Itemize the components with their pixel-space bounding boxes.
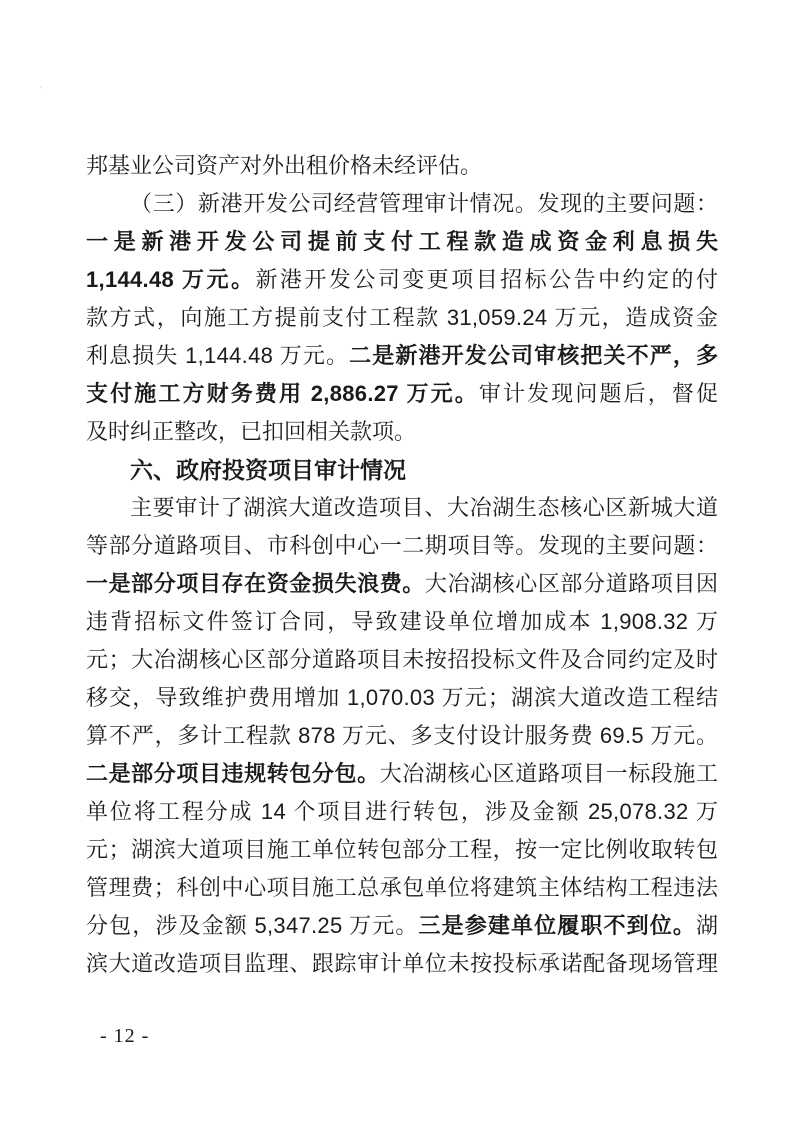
text-segment: 支付施工方财务费用 <box>86 381 311 406</box>
document-line: 支付施工方财务费用 2,886.27 万元。审计发现问题后，督促 <box>86 375 718 413</box>
amount-value: 25,078.32 <box>588 799 689 824</box>
text-segment: 元；大冶湖核心区部分道路项目未按招投标文件及合同约定及时 <box>86 647 718 672</box>
amount-value: 1,144.48 <box>86 267 174 292</box>
document-line: 及时纠正整改，已扣回相关款项。 <box>86 413 718 451</box>
text-segment: 大冶湖核心区道路项目一标段施工 <box>380 761 718 786</box>
text-segment: 万元。 <box>343 913 419 938</box>
document-line: 元；湖滨大道项目施工单位转包部分工程，按一定比例收取转包 <box>86 831 718 869</box>
scan-artifact: ' <box>40 84 42 96</box>
amount-value: 2,886.27 <box>311 381 399 406</box>
text-segment: 邦基业公司资产对外出租价格未经评估。 <box>86 153 482 178</box>
text-segment: 万元。 <box>399 381 479 406</box>
document-line: 主要审计了湖滨大道改造项目、大冶湖生态核心区新城大道 <box>86 489 718 527</box>
document-line: 分包，涉及金额 5,347.25 万元。三是参建单位履职不到位。湖 <box>86 907 718 945</box>
document-line: 六、政府投资项目审计情况 <box>86 451 718 489</box>
text-segment: 万元；湖滨大道改造工程结 <box>435 685 718 710</box>
text-segment: 审计发现问题后，督促 <box>479 381 718 406</box>
text-segment: （三）新港开发公司经营管理审计情况。发现的主要问题： <box>130 191 718 216</box>
text-segment: 万元、多支付设计服务费 <box>336 723 600 748</box>
document-line: 滨大道改造项目监理、跟踪审计单位未按投标承诺配备现场管理 <box>86 945 718 983</box>
text-segment: 三是参建单位履职不到位。 <box>419 913 696 938</box>
text-segment: 一是部分项目存在资金损失浪费。 <box>86 571 425 596</box>
text-segment: 大冶湖核心区部分道路项目因 <box>425 571 718 596</box>
document-line: 一是新港开发公司提前支付工程款造成资金利息损失 <box>86 223 718 261</box>
text-segment: 二是部分项目违规转包分包。 <box>86 761 380 786</box>
document-line: 移交，导致维护费用增加 1,070.03 万元；湖滨大道改造工程结 <box>86 679 718 717</box>
text-segment: 算不严，多计工程款 <box>86 723 298 748</box>
section-heading: 六、政府投资项目审计情况 <box>130 457 406 483</box>
document-line: 等部分道路项目、市科创中心一二期项目等。发现的主要问题： <box>86 527 718 565</box>
amount-value: 1,070.03 <box>347 685 435 710</box>
document-line: 1,144.48 万元。新港开发公司变更项目招标公告中约定的付 <box>86 261 718 299</box>
document-line: 一是部分项目存在资金损失浪费。大冶湖核心区部分道路项目因 <box>86 565 718 603</box>
text-segment: 单位将工程分成 <box>86 799 261 824</box>
text-segment: 主要审计了湖滨大道改造项目、大冶湖生态核心区新城大道 <box>130 495 718 520</box>
amount-value: 878 <box>298 723 336 748</box>
text-segment: 及时纠正整改，已扣回相关款项。 <box>86 419 416 444</box>
document-line: 二是部分项目违规转包分包。大冶湖核心区道路项目一标段施工 <box>86 755 718 793</box>
text-segment: 等部分道路项目、市科创中心一二期项目等。发现的主要问题： <box>86 533 718 558</box>
document-line: 款方式，向施工方提前支付工程款 31,059.24 万元，造成资金 <box>86 299 718 337</box>
amount-value: 14 <box>261 799 286 824</box>
document-body: 邦基业公司资产对外出租价格未经评估。（三）新港开发公司经营管理审计情况。发现的主… <box>86 147 718 983</box>
text-segment: 湖 <box>696 913 718 938</box>
document-line: 利息损失 1,144.48 万元。二是新港开发公司审核把关不严，多 <box>86 337 718 375</box>
text-segment: 万元，造成资金 <box>547 305 718 330</box>
amount-value: 69.5 <box>600 723 644 748</box>
text-segment: 二是新港开发公司审核把关不严，多 <box>349 343 718 368</box>
text-segment: 新港开发公司变更项目招标公告中约定的付 <box>255 267 718 292</box>
document-line: 单位将工程分成 14 个项目进行转包，涉及金额 25,078.32 万 <box>86 793 718 831</box>
text-segment: 万 <box>688 609 718 634</box>
page-number: - 12 - <box>100 1022 149 1050</box>
amount-value: 1,908.32 <box>600 609 688 634</box>
text-segment: 利息损失 <box>86 343 185 368</box>
text-segment: 移交，导致维护费用增加 <box>86 685 347 710</box>
amount-value: 1,144.48 <box>185 343 273 368</box>
text-segment: 违背招标文件签订合同，导致建设单位增加成本 <box>86 609 600 634</box>
text-segment: 滨大道改造项目监理、跟踪审计单位未按投标承诺配备现场管理 <box>86 951 718 976</box>
document-page: ' 邦基业公司资产对外出租价格未经评估。（三）新港开发公司经营管理审计情况。发现… <box>0 0 800 1132</box>
document-line: （三）新港开发公司经营管理审计情况。发现的主要问题： <box>86 185 718 223</box>
text-segment: 个项目进行转包，涉及金额 <box>286 799 588 824</box>
text-segment: 管理费；科创中心项目施工总承包单位将建筑主体结构工程违法 <box>86 875 718 900</box>
document-line: 违背招标文件签订合同，导致建设单位增加成本 1,908.32 万 <box>86 603 718 641</box>
document-line: 算不严，多计工程款 878 万元、多支付设计服务费 69.5 万元。 <box>86 717 718 755</box>
amount-value: 31,059.24 <box>447 305 548 330</box>
document-line: 邦基业公司资产对外出租价格未经评估。 <box>86 147 718 185</box>
document-line: 元；大冶湖核心区部分道路项目未按招投标文件及合同约定及时 <box>86 641 718 679</box>
text-segment: 分包，涉及金额 <box>86 913 254 938</box>
document-line: 管理费；科创中心项目施工总承包单位将建筑主体结构工程违法 <box>86 869 718 907</box>
amount-value: 5,347.25 <box>254 913 342 938</box>
text-segment: 款方式，向施工方提前支付工程款 <box>86 305 447 330</box>
text-segment: 万元。 <box>644 723 718 748</box>
text-segment: 元；湖滨大道项目施工单位转包部分工程，按一定比例收取转包 <box>86 837 718 862</box>
text-segment: 万元。 <box>174 267 255 292</box>
text-segment: 万元。 <box>273 343 349 368</box>
text-segment: 一是新港开发公司提前支付工程款造成资金利息损失 <box>86 229 718 254</box>
text-segment: 万 <box>689 799 718 824</box>
